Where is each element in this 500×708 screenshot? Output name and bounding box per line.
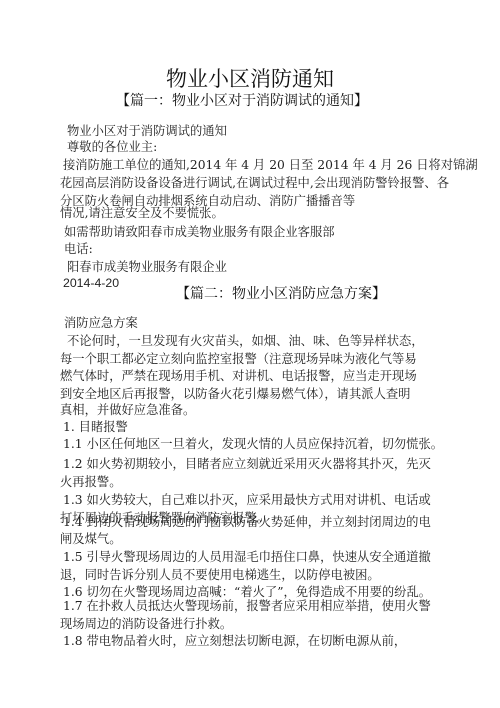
section1-line: 花园高层消防设备设备进行调试,在调试过程中,会出现消防警铃报警、各	[60, 175, 449, 191]
section2-line: 火再报警。	[60, 474, 122, 490]
document-title: 物业小区消防通知	[0, 66, 500, 92]
section2-line: 到安全地区后再报警，以防备火花引爆易燃气体），请其派人查明	[60, 386, 410, 402]
section1-line: 物业小区对于消防调试的通知	[67, 123, 227, 139]
section2-line: 闸及煤气。	[60, 531, 122, 547]
section2-line: 1.7 在扑救人员抵达火警现场前，报警者应采用相应举措，使用火警	[63, 598, 431, 614]
section2-line: 1. 目睹报警	[63, 419, 128, 435]
section1-line: 阳春市成美物业服务有限企业	[67, 259, 227, 275]
section2-line: 1.8 带电物品着火时，应立刻想法切断电源，在切断电源从前，	[63, 633, 406, 649]
section2-line: 真相，并做好应急准备。	[60, 402, 195, 418]
section2-line: 燃气体时，严禁在现场用手机、对讲机、电话报警，应当走开现场	[60, 368, 417, 384]
section1-heading: 【篇一：物业小区对于消防调试的通知】	[116, 92, 368, 110]
section1-line: 电话:	[64, 241, 93, 257]
section2-heading: 【篇二：物业小区消防应急方案】	[176, 285, 386, 303]
section2-line: 消防应急方案	[64, 315, 138, 331]
section2-line: 1.3 如火势较大，自己难以扑灭，应采用最快方式用对讲机、电话或	[63, 492, 431, 508]
section1-line: 接消防施工单位的通知,2014 年 4 月 20 日至 2014 年 4 月 2…	[63, 157, 478, 173]
section2-line: 不论何时，一旦发现有火灾苗头，如烟、油、味、色等异样状态，	[67, 333, 424, 349]
section2-line: 1.5 引导火警现场周边的人员用湿毛巾捂住口鼻，快速从安全通道撤	[63, 549, 431, 565]
section2-line: 1.1 小区任何地区一旦着火，发现火情的人员应保持沉着，切勿慌张。	[63, 436, 443, 452]
section2-line: 1.2 如火势初期较小，目睹者应立刻就近采用灭火器将其扑灭，先灭	[63, 456, 431, 472]
section1-date: 2014-4-20	[63, 275, 119, 291]
section2-line: 退，同时告诉分别人员不要使用电梯逃生，以防停电被困。	[60, 567, 380, 583]
section2-line: 1.4 封闭火情现场周边的门窗以防备火势延伸，并立刻封闭周边的电	[63, 514, 431, 530]
section1-line: 尊敬的各位业主:	[67, 139, 157, 155]
section2-line: 现场周边的消防设备进行扑救。	[60, 616, 232, 632]
section1-line: 如需帮助请致阳春市成美物业服务有限企业客服部	[64, 224, 335, 240]
section2-line: 每一个职工都必定立刻向监控室报警（注意现场异味为液化气等易	[60, 351, 417, 367]
section1-line: 情况,请注意安全及不要慌张。	[60, 205, 224, 221]
